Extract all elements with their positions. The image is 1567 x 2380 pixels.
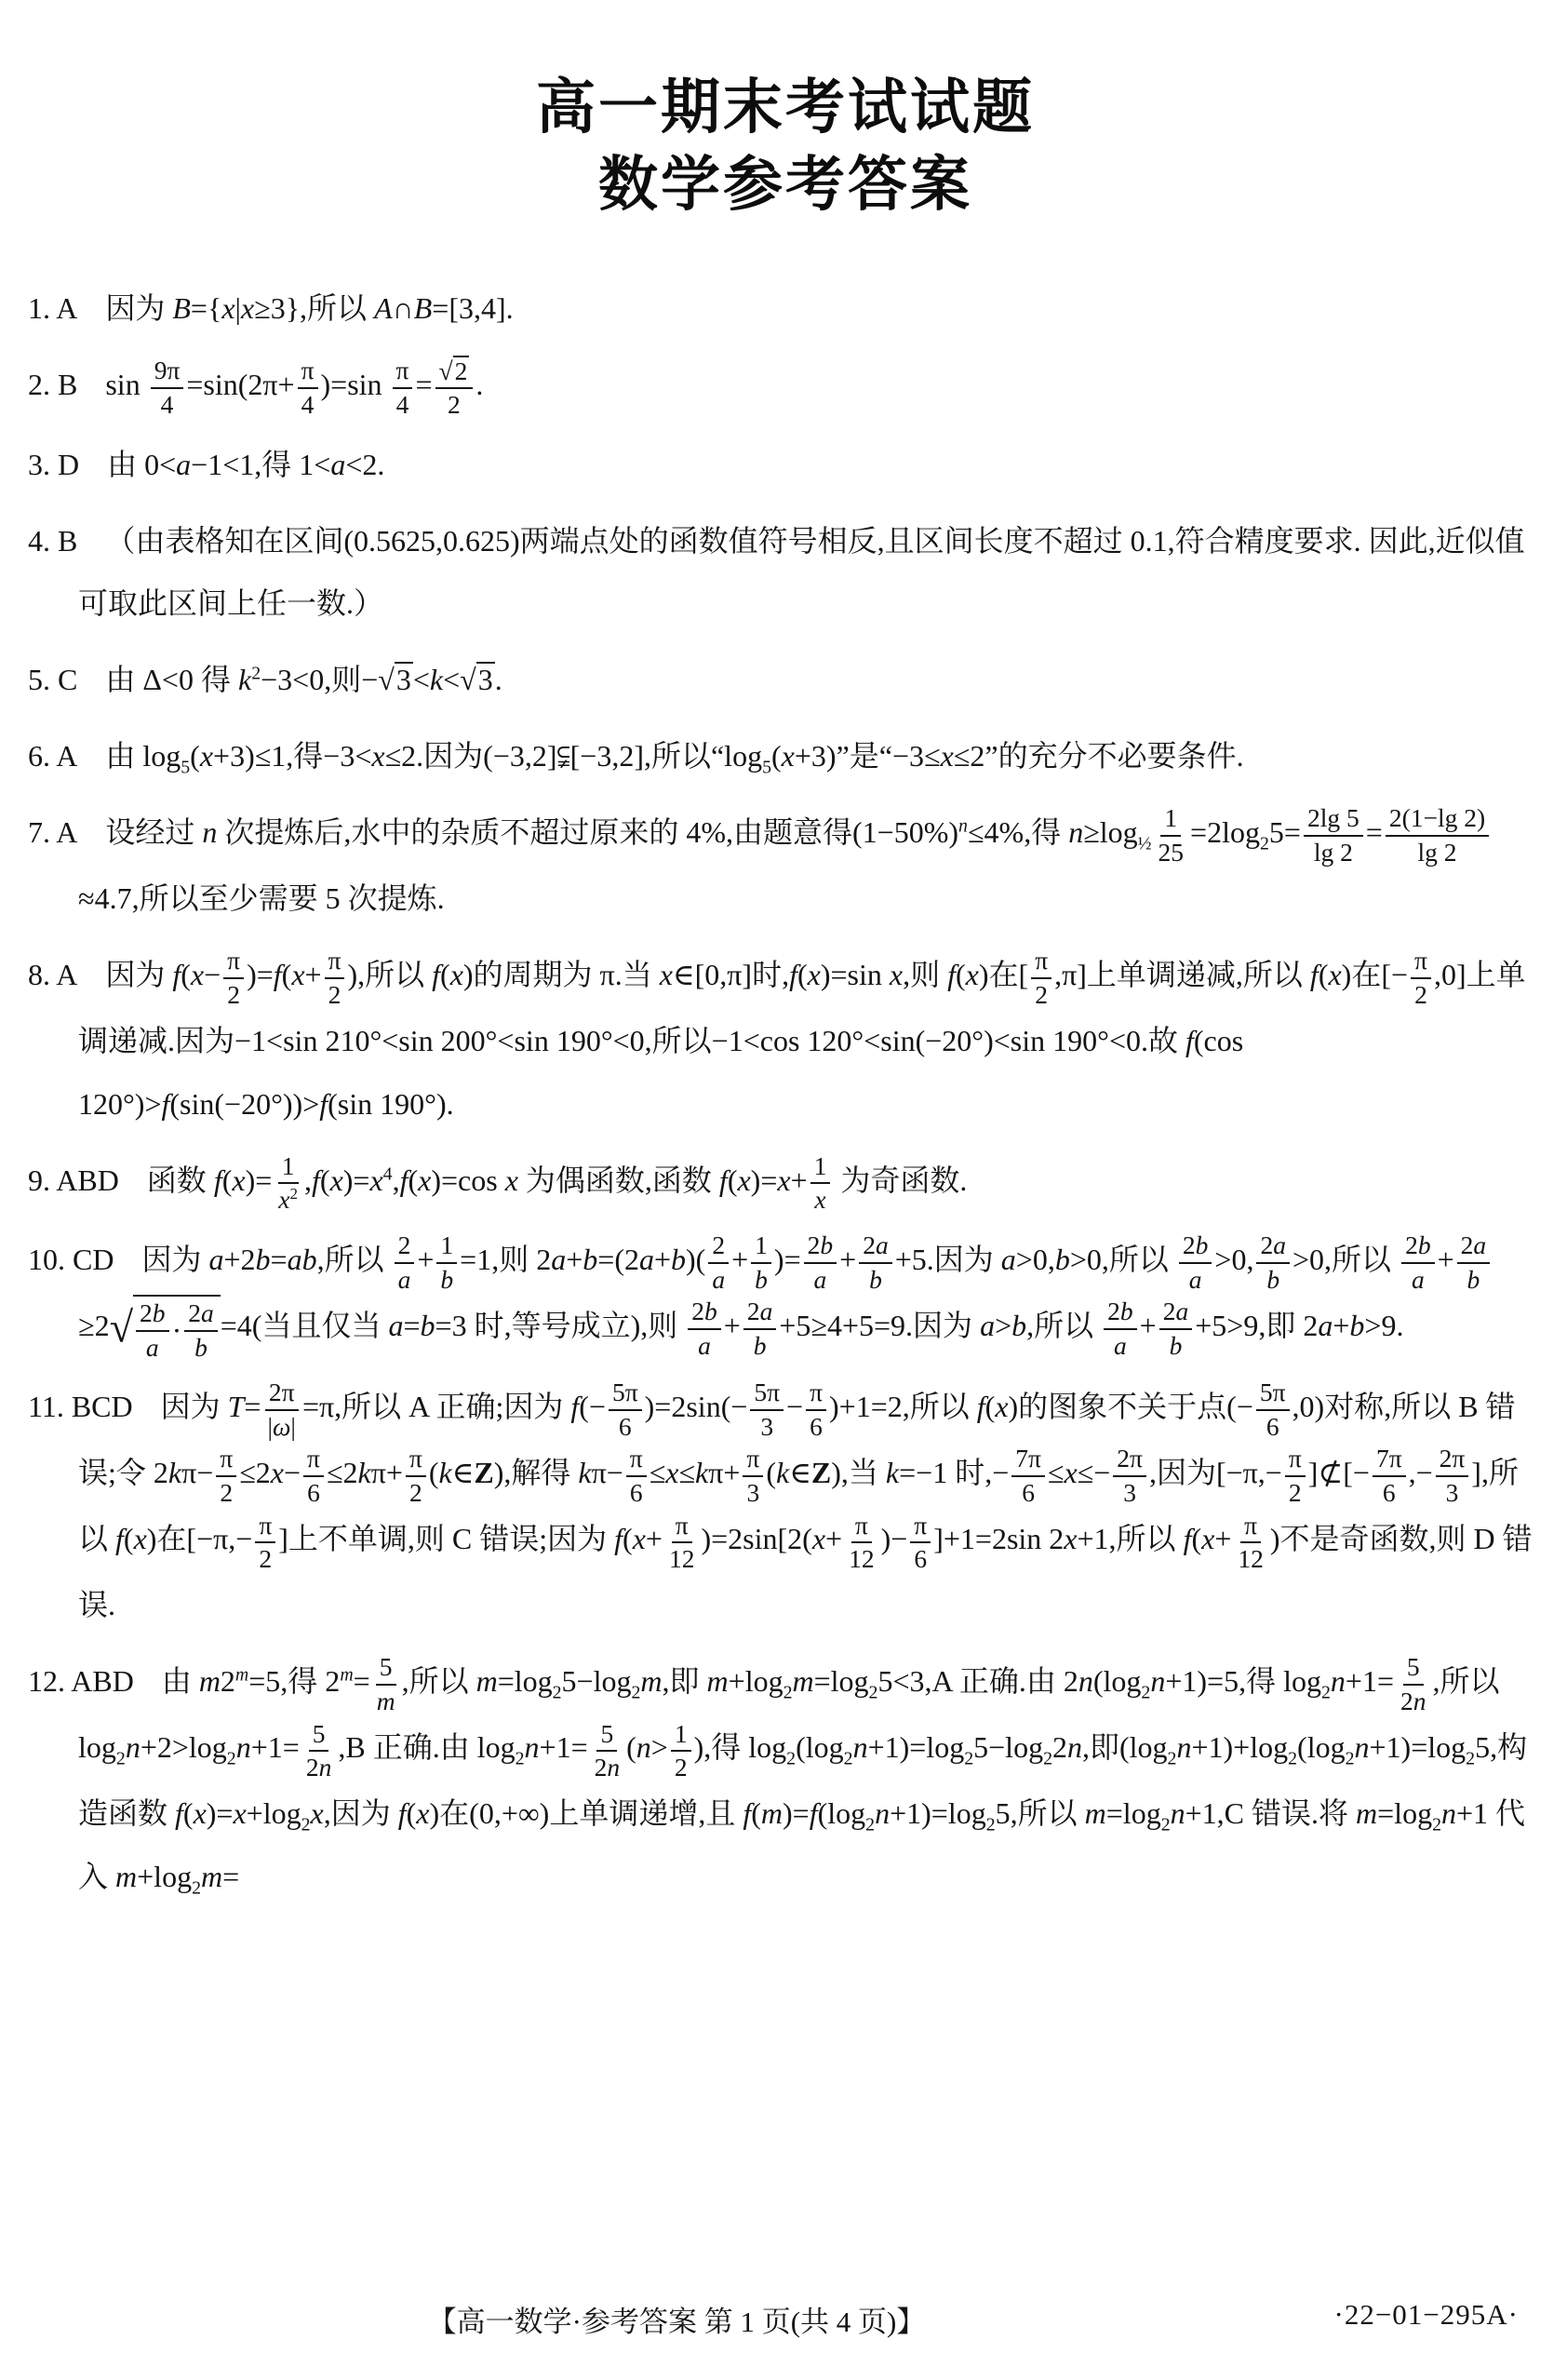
document-page: 高一期末考试试题 数学参考答案 1. A因为 B={x|x≥3},所以 A∩B=…	[0, 0, 1567, 2380]
answer-label: 10. CD	[28, 1243, 114, 1276]
answer-label: 4. B	[28, 524, 77, 558]
answer-solution: 函数 f(x)=1x2,f(x)=x4,f(x)=cos x 为偶函数,函数 f…	[147, 1163, 968, 1197]
answer-item-4: 4. B（由表格知在区间(0.5625,0.625)两端点处的函数值符号相反,且…	[28, 510, 1543, 637]
answer-solution: 由 log5(x+3)≤1,得−3<x≤2.因为(−3,2]⫋[−3,2],所以…	[105, 739, 1243, 773]
page-header: 高一期末考试试题 数学参考答案	[28, 69, 1543, 223]
answer-item-10: 10. CD因为 a+2b=ab,所以 2a+1b=1,则 2a+b=(2a+b…	[28, 1229, 1543, 1363]
answer-item-6: 6. A由 log5(x+3)≤1,得−3<x≤2.因为(−3,2]⫋[−3,2…	[28, 725, 1543, 788]
answer-solution: 因为 B={x|x≥3},所以 A∩B=[3,4].	[105, 291, 513, 325]
answer-solution: 因为 f(x−π2)=f(x+π2),所以 f(x)的周期为 π.当 x∈[0,…	[78, 958, 1526, 1121]
page-title-line2: 数学参考答案	[28, 146, 1543, 223]
answer-item-8: 8. A因为 f(x−π2)=f(x+π2),所以 f(x)的周期为 π.当 x…	[28, 944, 1543, 1136]
answer-solution: （由表格知在区间(0.5625,0.625)两端点处的函数值符号相反,且区间长度…	[78, 524, 1525, 621]
answer-solution: sin 9π4=sin(2π+π4)=sin π4=√22.	[105, 368, 483, 401]
answer-item-3: 3. D由 0<a−1<1,得 1<a<2.	[28, 434, 1543, 497]
answer-label: 3. D	[28, 448, 79, 481]
answer-label: 9. ABD	[28, 1163, 119, 1197]
answer-label: 11. BCD	[28, 1390, 133, 1423]
answer-label: 5. C	[28, 663, 77, 696]
answer-label: 8. A	[28, 958, 77, 991]
answer-item-9: 9. ABD函数 f(x)=1x2,f(x)=x4,f(x)=cos x 为偶函…	[28, 1150, 1543, 1216]
answer-item-1: 1. A因为 B={x|x≥3},所以 A∩B=[3,4].	[28, 277, 1543, 341]
answer-item-11: 11. BCD因为 T=2π|ω|=π,所以 A 正确;因为 f(−5π6)=2…	[28, 1376, 1543, 1637]
answer-label: 2. B	[28, 368, 77, 401]
answer-label: 7. A	[28, 815, 77, 849]
answer-item-7: 7. A设经过 n 次提炼后,水中的杂质不超过原来的 4%,由题意得(1−50%…	[28, 801, 1543, 931]
answer-solution: 设经过 n 次提炼后,水中的杂质不超过原来的 4%,由题意得(1−50%)n≤4…	[78, 815, 1492, 915]
answer-solution: 由 0<a−1<1,得 1<a<2.	[107, 448, 384, 481]
answer-item-5: 5. C由 Δ<0 得 k2−3<0,则−√3<k<√3.	[28, 649, 1543, 712]
answer-label: 6. A	[28, 739, 77, 773]
answer-solution: 由 Δ<0 得 k2−3<0,则−√3<k<√3.	[105, 663, 502, 696]
answer-solution: 因为 T=2π|ω|=π,所以 A 正确;因为 f(−5π6)=2sin(−5π…	[78, 1390, 1533, 1621]
answer-item-2: 2. Bsin 9π4=sin(2π+π4)=sin π4=√22.	[28, 354, 1543, 421]
footer-paper-code: ·22−01−295A·	[1334, 2298, 1520, 2332]
footer-page-indicator: 【高一数学·参考答案 第 1 页(共 4 页)】	[0, 2298, 1353, 2340]
answer-solution: 由 m2m=5,得 2m=5m,所以 m=log25−log2m,即 m+log…	[78, 1664, 1527, 1893]
answer-label: 12. ABD	[28, 1664, 134, 1698]
answer-label: 1. A	[28, 291, 77, 325]
page-title-line1: 高一期末考试试题	[28, 69, 1543, 146]
answers-list: 1. A因为 B={x|x≥3},所以 A∩B=[3,4]. 2. Bsin 9…	[28, 277, 1543, 1909]
page-footer: 【高一数学·参考答案 第 1 页(共 4 页)】 ·22−01−295A·	[0, 2298, 1567, 2343]
answer-solution: 因为 a+2b=ab,所以 2a+1b=1,则 2a+b=(2a+b)(2a+1…	[78, 1243, 1493, 1342]
answer-item-12: 12. ABD由 m2m=5,得 2m=5m,所以 m=log25−log2m,…	[28, 1650, 1543, 1909]
